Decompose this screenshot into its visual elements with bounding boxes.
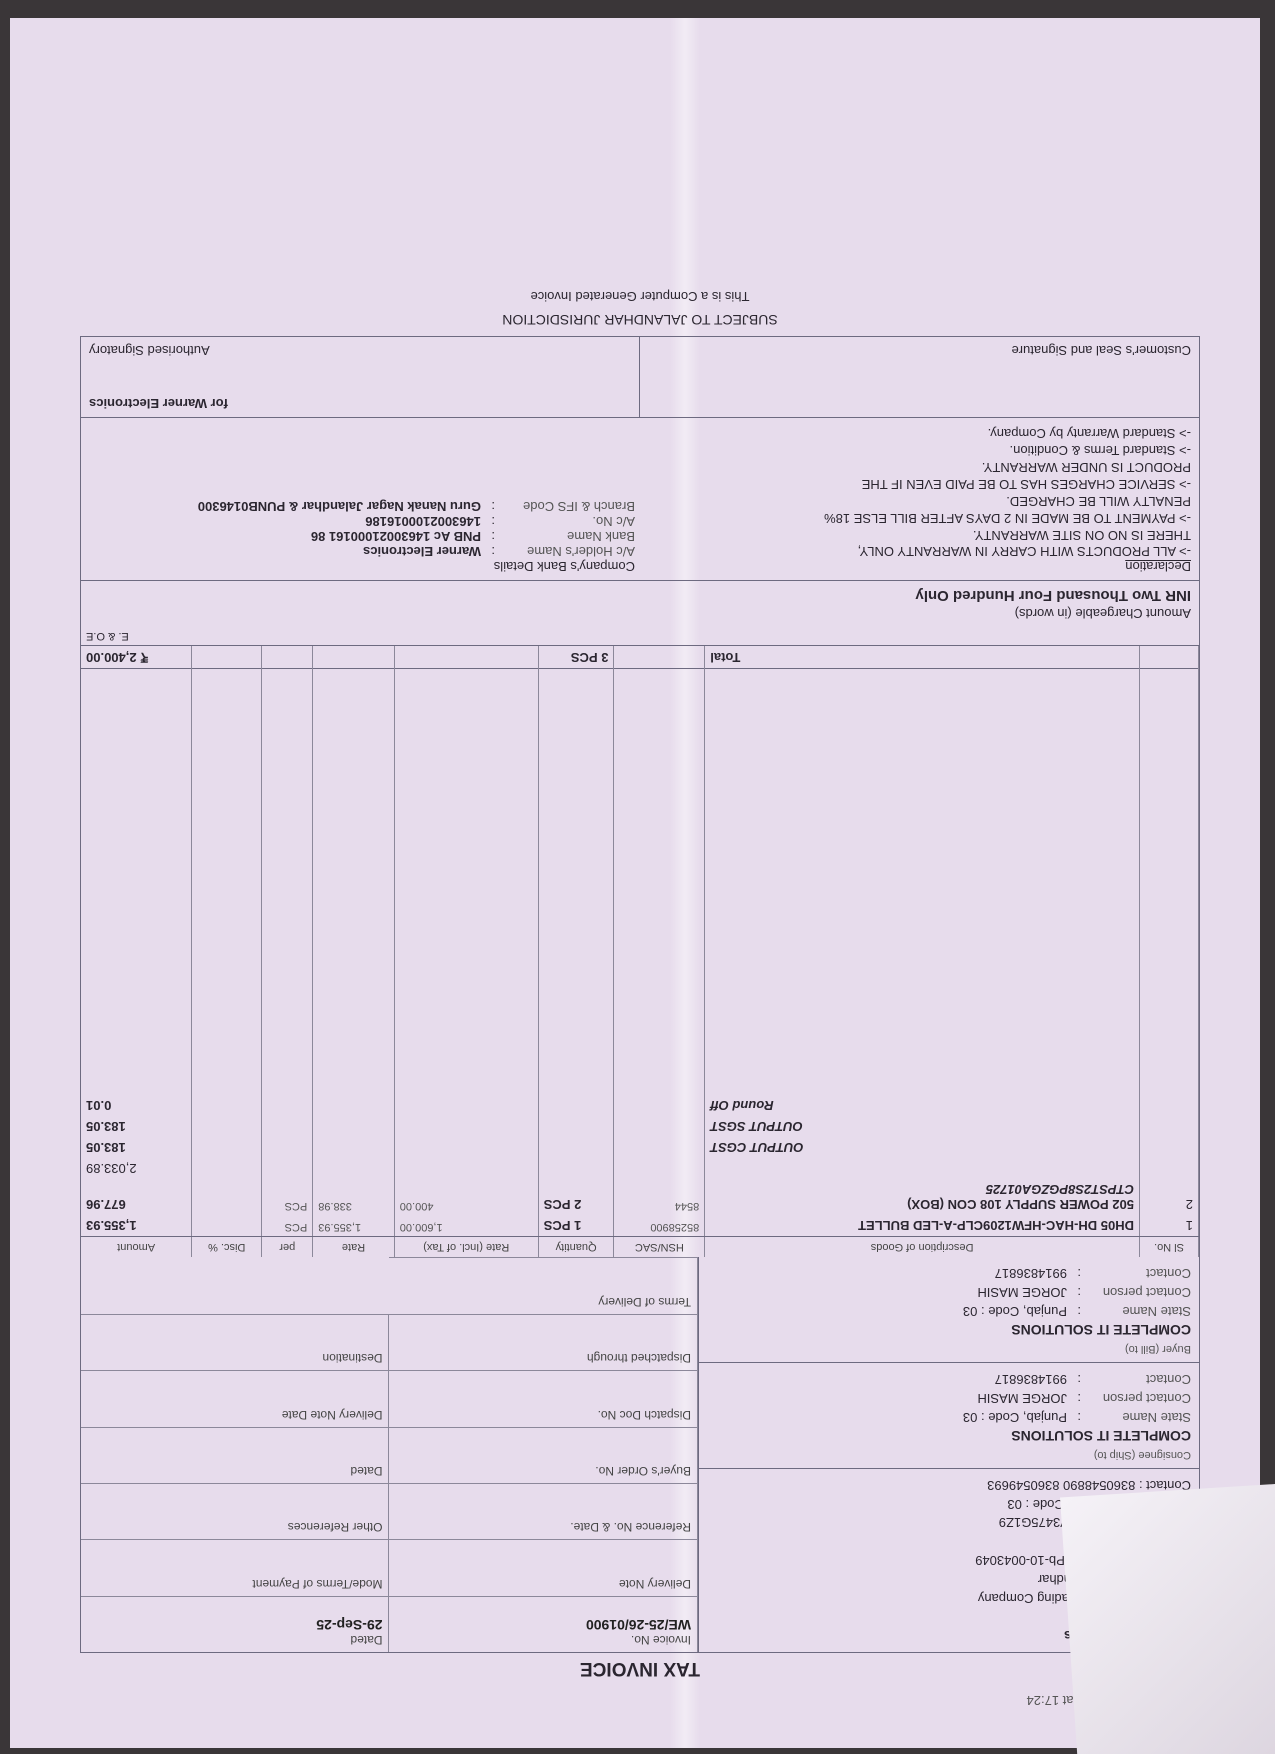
buyer-person: JORGE MASIH [977,1282,1067,1301]
cell: 85258900 [614,1215,705,1237]
meta-label: Dispatched through [587,1351,691,1365]
meta-label: Mode/Terms of Payment [252,1577,382,1591]
meta-cell: Other References [81,1483,390,1539]
cell [614,1095,705,1116]
meta-label: Terms of Delivery [598,1295,691,1309]
consignee-heading: Consignee (Ship to) [707,1446,1191,1462]
meta-cell: Dispatched through [390,1314,699,1370]
declaration-line: PENALTY WILL BE CHARGED. [651,492,1191,509]
cell [313,1095,395,1116]
cell: 677.96 [81,1179,192,1215]
label: Contact person [1081,1282,1191,1301]
meta-cell: Terms of Delivery [390,1257,699,1313]
column-header: Rate [313,1237,395,1258]
amount-words-label: Amount Chargeable (in words) [89,606,1191,621]
column-header: HSN/SAC [614,1237,705,1258]
column-header: Amount [81,1237,192,1258]
cell: 8544 [614,1179,705,1215]
tax-amount: 183.05 [81,1137,192,1158]
cell: DH05 DH-HAC-HFW1209CLP-A-LED BULLET [705,1215,1140,1237]
table-row: 2,033.89 [81,1158,1199,1179]
declaration-heading: Declaration [651,559,1191,574]
bank-row: A/c Holder's Name:Warner Electronics [89,544,635,559]
cell [538,1137,614,1158]
column-header: Sl No. [1139,1237,1198,1258]
seller-address-line: Contact : 8360548890 8360549693 [707,1475,1191,1494]
cell [192,646,262,669]
invoice-page: Printed on 23-Feb-26 at 17:24 TAX INVOIC… [80,289,1200,1708]
separator: : [481,529,495,544]
cell: 1,355.93 [313,1215,395,1237]
cell [192,1116,262,1137]
meta-label: Dated [350,1633,382,1647]
meta-cell: Delivery Note [390,1539,699,1595]
cell: 1 PCS [538,1215,614,1237]
buyer-name: COMPLETE IT SOLUTIONS [707,1320,1191,1340]
declaration-line: -> ALL PRODUCTS WITH CARRY IN WARRANTY O… [651,543,1191,560]
bank-label: Branch & IFS Code [495,499,635,514]
cell: 400.00 [394,1179,538,1215]
table-row: 1DH05 DH-HAC-HFW1209CLP-A-LED BULLET8525… [81,1215,1199,1237]
cell: 502 POWER SUPPLY 108 CON (BOX)CTPST2S8PG… [705,1179,1140,1215]
column-header: Rate (Incl. of Tax) [394,1237,538,1258]
cell [192,1158,262,1179]
bank-row: Branch & IFS Code:Guru Nanak Nagar Jalan… [89,499,635,514]
column-header: per [262,1237,313,1258]
cell [614,646,705,669]
subtotal: 2,033.89 [81,1158,192,1179]
cell [614,1116,705,1137]
invoice-box: Warner Electronics Shop No 3Opposite Nea… [80,336,1200,1653]
meta-label: Destination [322,1351,382,1365]
buyer-contact: 9914836817 [995,1263,1067,1282]
tax-label: OUTPUT SGST [705,1116,1140,1137]
cell [394,1137,538,1158]
bank-heading: Company's Bank Details [89,559,635,574]
cell [705,1158,1140,1179]
meta-label: Dispatch Doc No. [598,1408,691,1422]
cell: 2 PCS [538,1179,614,1215]
signature-row: Customer's Seal and Signature for Warner… [81,337,1199,418]
table-row: Total3 PCS₹ 2,400.00 [81,646,1199,669]
bank-row: Bank Name:PNB Ac 14630021000161 86 [89,529,635,544]
meta-cell: Buyer's Order No. [390,1427,699,1483]
cell [1139,1137,1198,1158]
tax-label: Round Off [705,1095,1140,1116]
buyer-block: Buyer (Bill to) COMPLETE IT SOLUTIONS St… [699,1257,1199,1362]
bank-value: 1463002100016186 [365,514,481,529]
amount-words-value: INR Two Thousand Four Hundred Only [89,587,1191,604]
declaration-line: -> Standard Warranty by Company. [651,424,1191,441]
cell [1139,1116,1198,1137]
meta-label: Delivery Note [619,1577,691,1591]
item-description: DH05 DH-HAC-HFW1209CLP-A-LED BULLET [710,1218,1134,1233]
meta-cell: Destination [81,1314,390,1370]
declaration-line: THERE IS NO ON SITE WARRANTY. [651,526,1191,543]
cell [192,1095,262,1116]
cell [262,1095,313,1116]
cell: 1,600.00 [394,1215,538,1237]
meta-label: Other References [288,1520,383,1534]
cell [1139,1158,1198,1179]
cell [614,1137,705,1158]
total-label: Total [705,646,1140,669]
bank-value: Warner Electronics [363,544,481,559]
meta-cell: Reference No. & Date. [390,1483,699,1539]
cell [394,1095,538,1116]
meta-value: WE/25-26/01900 [396,1617,692,1633]
cell: PCS [262,1179,313,1215]
item-description: 502 POWER SUPPLY 108 CON (BOX) [710,1197,1134,1212]
total-qty: 3 PCS [538,646,614,669]
cell [262,1137,313,1158]
cell [1139,646,1198,669]
meta-label: Reference No. & Date. [570,1520,691,1534]
meta-cell: Dated29-Sep-25 [81,1596,390,1652]
cell: 2 [1139,1179,1198,1215]
bank-row: A/c No.:1463002100016186 [89,514,635,529]
cell [394,1158,538,1179]
invoice-paper: Printed on 23-Feb-26 at 17:24 TAX INVOIC… [10,18,1260,1748]
cell [538,1158,614,1179]
bank-label: A/c No. [495,514,635,529]
tax-amount: 0.01 [81,1095,192,1116]
meta-label: Invoice No. [631,1633,691,1647]
table-row: OUTPUT SGST183.05 [81,1116,1199,1137]
buyer-state: Punjab, Code : 03 [963,1301,1067,1320]
total-amount: ₹ 2,400.00 [81,646,192,669]
computer-generated-note: This is a Computer Generated Invoice [80,289,1200,304]
cell [394,1116,538,1137]
meta-label: Buyer's Order No. [595,1464,691,1478]
for-company: for Warner Electronics [89,396,632,411]
buyer-heading: Buyer (Bill to) [707,1340,1191,1356]
separator: : [481,514,495,529]
table-row: Round Off0.01 [81,1095,1199,1116]
label: Contact person [1081,1388,1191,1407]
label: State Name [1081,1301,1191,1320]
cell [538,1116,614,1137]
consignee-person: JORGE MASIH [977,1388,1067,1407]
consignee-contact: 9914836817 [995,1369,1067,1388]
declaration-line: -> SERVICE CHARGES HAS TO BE PAID EVEN I… [651,475,1191,492]
meta-value: 29-Sep-25 [87,1617,383,1633]
bank-label: A/c Holder's Name [495,544,635,559]
column-header: Description of Goods [705,1237,1140,1258]
meta-cell: Dispatch Doc No. [390,1370,699,1426]
cell [192,1179,262,1215]
meta-label: Dated [350,1464,382,1478]
cell [313,646,395,669]
cell [262,1158,313,1179]
table-row: OUTPUT CGST183.05 [81,1137,1199,1158]
declaration-line: PRODUCT IS UNDER WARRANTY. [651,458,1191,475]
consignee-name: COMPLETE IT SOLUTIONS [707,1426,1191,1446]
cell: 338.98 [313,1179,395,1215]
declaration-line: -> PAYMENT TO BE MADE IN 2 DAYS AFTER BI… [651,509,1191,526]
meta-cell: Mode/Terms of Payment [81,1539,390,1595]
consignee-block: Consignee (Ship to) COMPLETE IT SOLUTION… [699,1362,1199,1468]
separator: : [481,544,495,559]
amount-in-words: Amount Chargeable (in words) INR Two Tho… [81,580,1199,627]
label: Contact [1081,1369,1191,1388]
column-header: Quantity [538,1237,614,1258]
folded-corner [1060,1484,1275,1754]
cell [313,1137,395,1158]
cell [313,1158,395,1179]
customer-signature: Customer's Seal and Signature [641,337,1200,417]
cell: 1,355.93 [81,1215,192,1237]
item-serial: CTPST2S8PGZGA01725 [710,1182,1134,1197]
meta-label: Delivery Note Date [282,1408,383,1422]
cell [614,1158,705,1179]
declaration-section: Declaration -> ALL PRODUCTS WITH CARRY I… [81,418,1199,580]
label: Contact [1081,1263,1191,1282]
table-row: 2502 POWER SUPPLY 108 CON (BOX)CTPST2S8P… [81,1179,1199,1215]
bank-value: Guru Nanak Nagar Jalandhar & PUNB0146300 [198,499,481,514]
invoice-title: TAX INVOICE [80,1657,1200,1679]
authorised-signatory: Authorised Signatory [89,343,632,358]
cell [394,646,538,669]
cell [192,1137,262,1158]
meta-cell: Delivery Note Date [81,1370,390,1426]
jurisdiction-note: SUBJECT TO JALANDHAR JURISDICTION [80,312,1200,328]
tax-amount: 183.05 [81,1116,192,1137]
meta-cell: Invoice No.WE/25-26/01900 [390,1596,699,1652]
items-table: Sl No.Description of GoodsHSN/SACQuantit… [81,627,1199,1257]
separator: : [481,499,495,514]
bank-label: Bank Name [495,529,635,544]
bank-value: PNB Ac 14630021000161 86 [311,529,481,544]
cell [538,1095,614,1116]
meta-cell: Dated [81,1427,390,1483]
cell: 1 [1139,1215,1198,1237]
consignee-state: Punjab, Code : 03 [963,1407,1067,1426]
cell [313,1116,395,1137]
bank-details: Company's Bank Details A/c Holder's Name… [81,418,643,580]
cell: PCS [262,1215,313,1237]
printed-on: Printed on 23-Feb-26 at 17:24 [80,1693,1200,1708]
cell [192,1215,262,1237]
column-header: Disc. % [192,1237,262,1258]
cell [1139,1095,1198,1116]
tax-label: OUTPUT CGST [705,1137,1140,1158]
invoice-meta-grid: Invoice No.WE/25-26/01900Dated29-Sep-25D… [81,1257,698,1652]
cell [262,1116,313,1137]
declaration-line: -> Standard Terms & Condition. [651,441,1191,458]
eoe: E. & O.E [81,627,1199,646]
cell [262,646,313,669]
label: State Name [1081,1407,1191,1426]
